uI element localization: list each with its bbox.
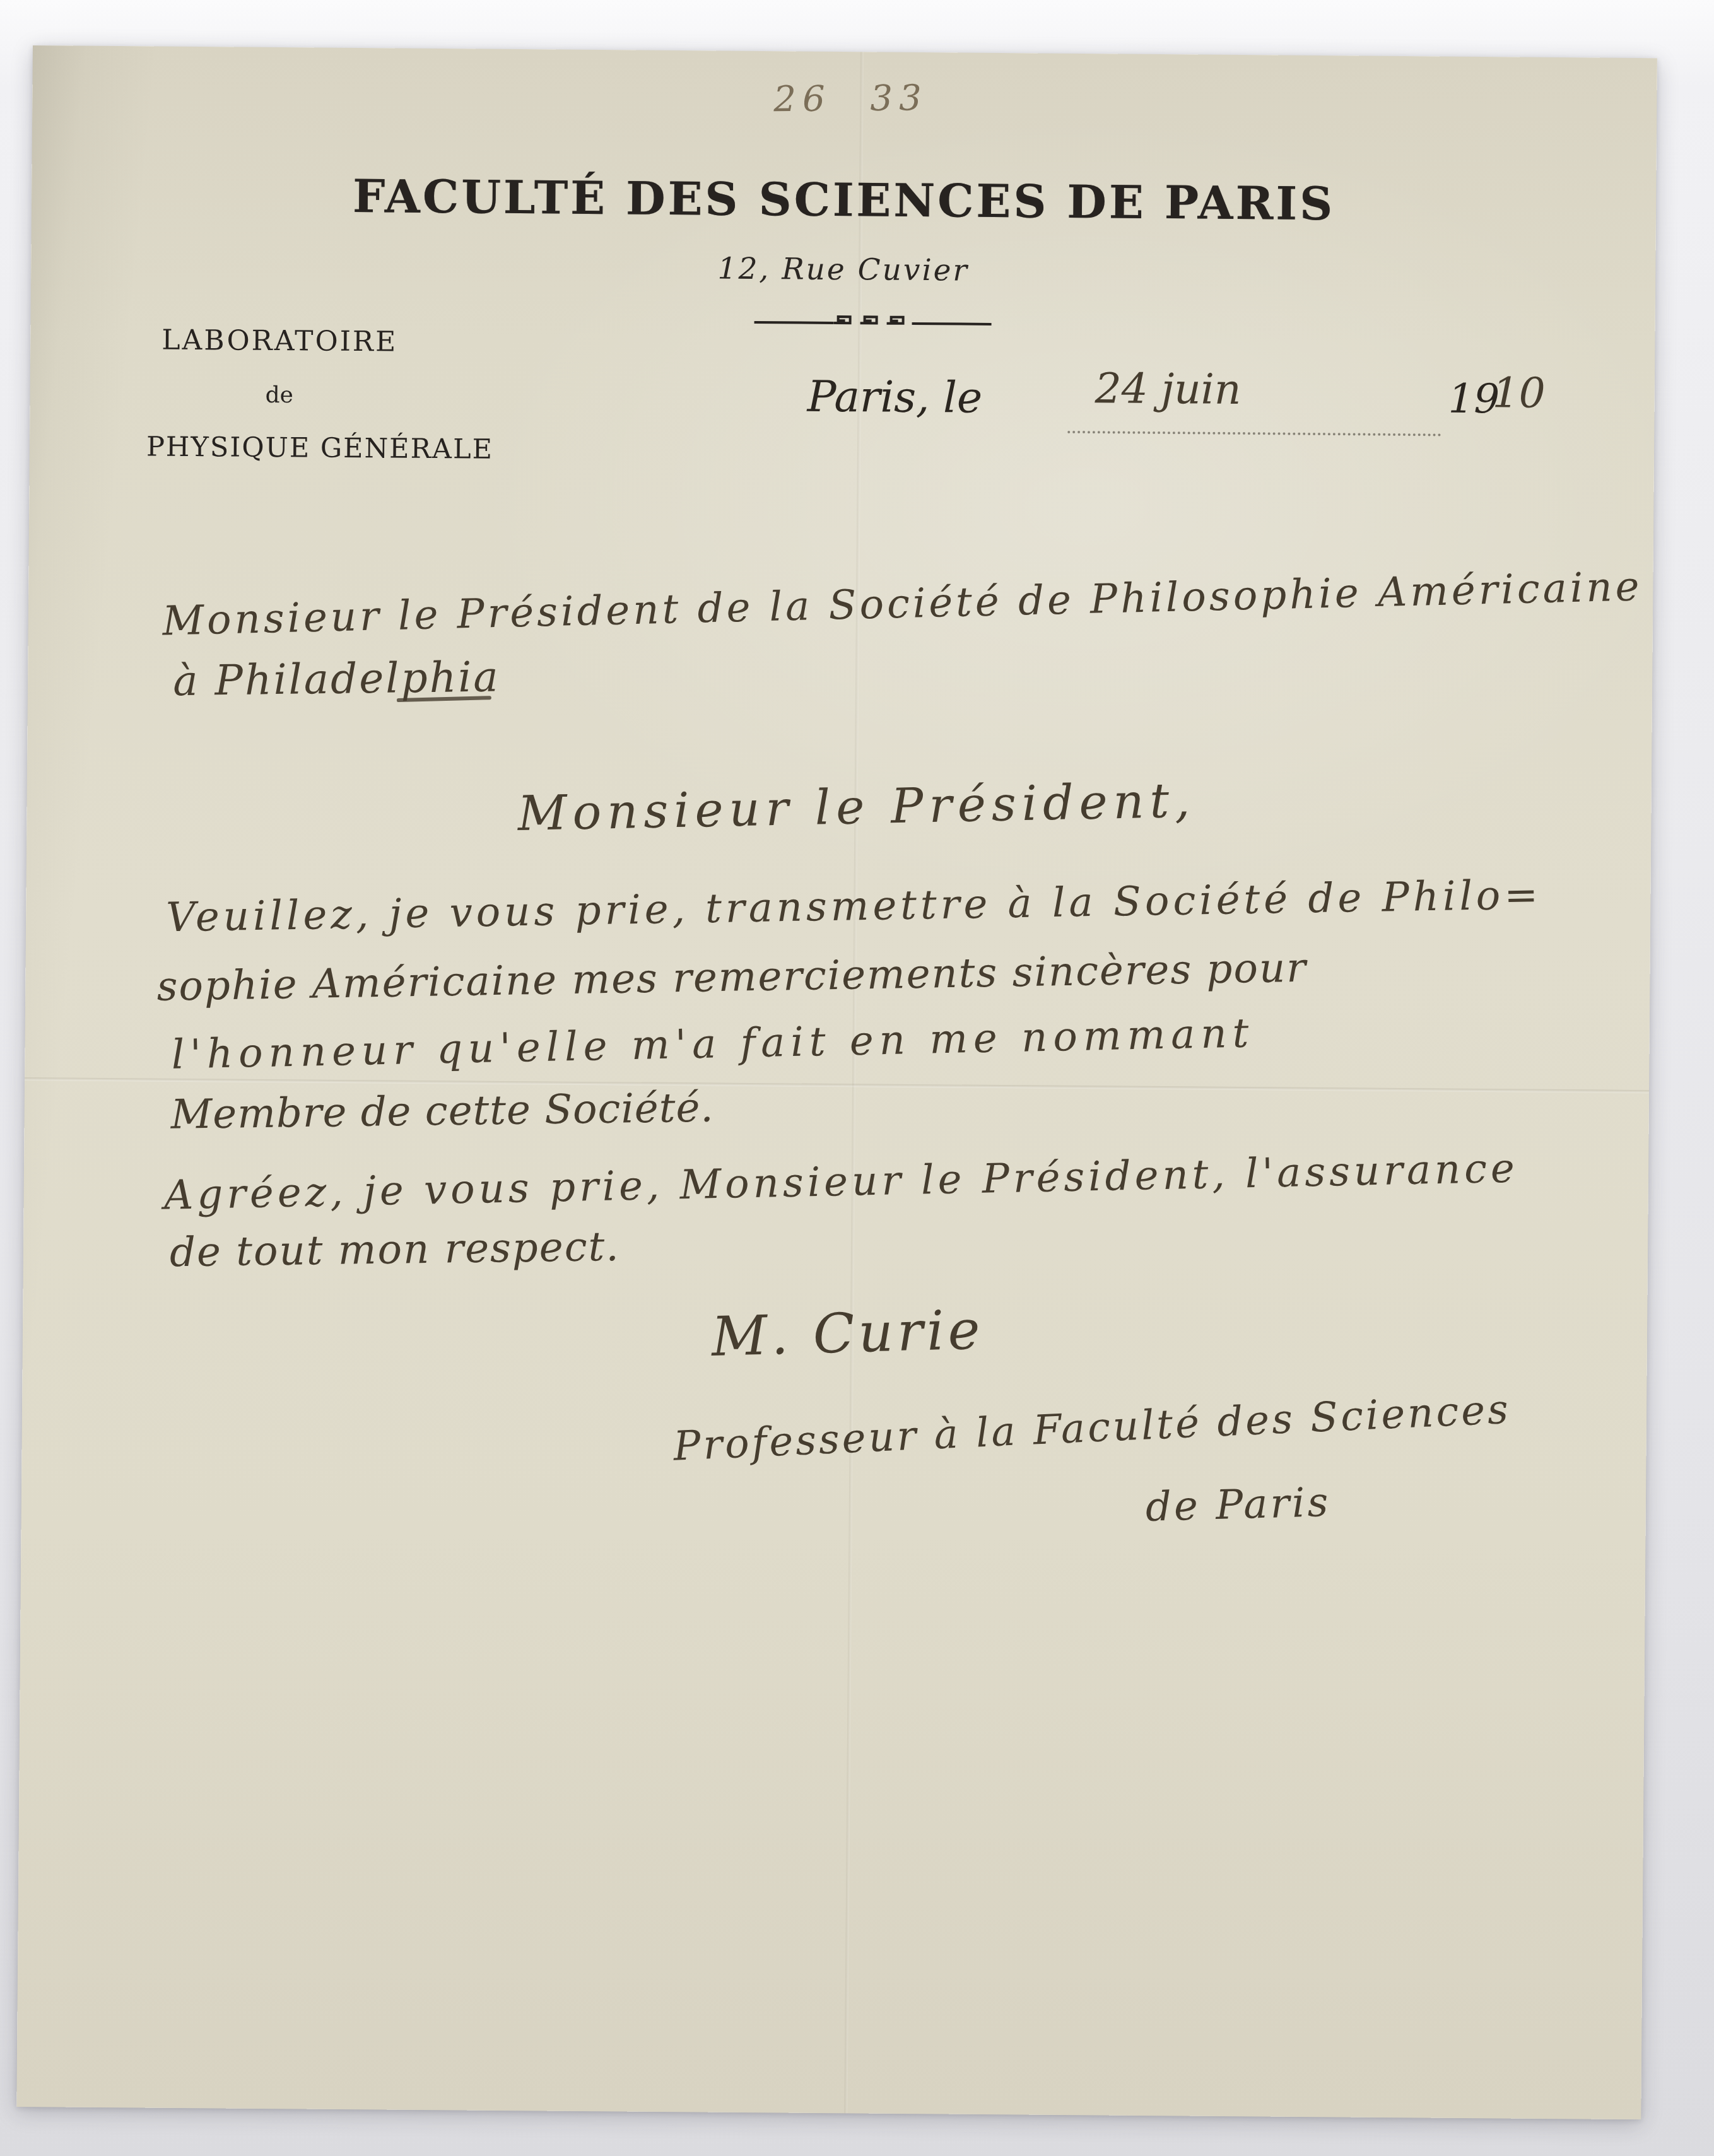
laboratory-line-1: LABORATOIRE: [147, 324, 412, 358]
signature: M. Curie: [711, 1298, 985, 1369]
body-line: l'honneur qu'elle m'a fait en me nommant: [171, 1010, 1255, 1078]
body-line: Membre de cette Société.: [170, 1085, 714, 1139]
letterhead-laboratory-block: LABORATOIRE de PHYSIQUE GÉNÉRALE: [146, 324, 413, 464]
dateline-dotted-rule: [1067, 401, 1441, 436]
signature-title-line-1: Professeur à la Faculté des Sciences: [672, 1386, 1511, 1470]
body-line: Agréez, je vous prie, Monsieur le Présid…: [163, 1145, 1518, 1219]
letterhead-institution: FACULTÉ DES SCIENCES DE PARIS: [32, 167, 1657, 233]
dateline-printed-prefix: Paris, le: [807, 372, 982, 423]
letterhead-address: 12, Rue Cuvier: [31, 246, 1655, 293]
pencil-archive-number: 26 33: [773, 78, 928, 120]
body-line: de tout mon respect.: [170, 1224, 620, 1276]
dateline-handwritten-year: 10: [1492, 368, 1546, 418]
scan-background: 26 33 FACULTÉ DES SCIENCES DE PARIS 12, …: [0, 0, 1714, 2156]
laboratory-line-3: PHYSIQUE GÉNÉRALE: [146, 431, 411, 464]
letter-page: 26 33 FACULTÉ DES SCIENCES DE PARIS 12, …: [16, 45, 1657, 2119]
signature-title-line-2: de Paris: [1145, 1479, 1331, 1531]
laboratory-line-2: de: [147, 381, 412, 409]
vertical-fold-crease: [844, 52, 864, 2113]
salutation-line: Monsieur le Président,: [517, 772, 1196, 842]
recipient-line-1: Monsieur le Président de la Société de P…: [162, 563, 1643, 645]
letterhead-divider-ornament: [753, 311, 993, 331]
body-line: sophie Américaine mes remerciements sinc…: [156, 945, 1307, 1011]
